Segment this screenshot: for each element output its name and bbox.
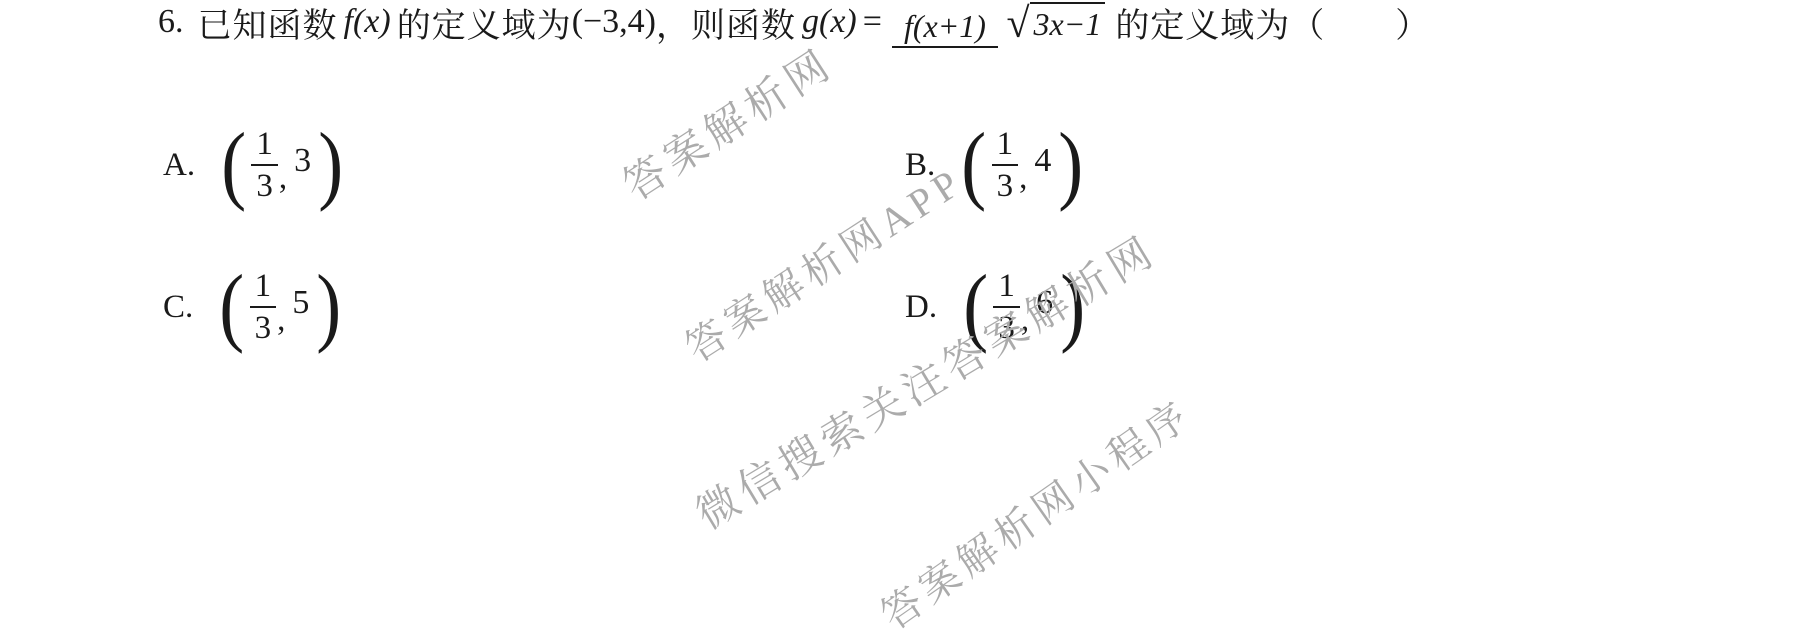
option-a-upper-bound: 3: [294, 142, 311, 180]
option-b-label: B.: [905, 147, 935, 184]
interval-comma: ,: [277, 302, 285, 339]
fraction-numerator: 1: [992, 126, 1019, 166]
g-of-x: g(x): [802, 3, 857, 41]
option-b-fraction: 1 3: [992, 126, 1019, 204]
right-paren: ): [1060, 257, 1085, 357]
fraction-numerator: f(x+1): [892, 8, 998, 48]
option-c-fraction: 1 3: [250, 268, 277, 346]
option-d-fraction: 1 3: [993, 268, 1020, 346]
f-of-x: f(x): [344, 3, 391, 41]
question-number: 6.: [158, 3, 184, 41]
right-paren: ): [317, 257, 342, 357]
equals-sign: =: [863, 3, 882, 41]
left-paren: (: [961, 115, 986, 215]
option-a: A. ( 1 3 , 3 ): [163, 114, 345, 216]
interval-comma: ,: [279, 160, 287, 197]
option-d: D. ( 1 3 , 6 ): [905, 256, 1087, 358]
question-mid-text2: ，则函数: [656, 0, 796, 47]
option-a-interval: ( 1 3 , 3 ): [219, 114, 345, 216]
fraction-denominator: 3: [256, 166, 273, 204]
question-mid-text1: 的定义域为: [397, 0, 572, 47]
fraction-numerator: 1: [251, 126, 278, 166]
g-fraction: f(x+1) √ 3x−1: [892, 0, 1105, 46]
domain-interval: (−3,4): [572, 3, 656, 41]
left-paren: (: [963, 257, 988, 357]
fraction-denominator: 3: [997, 166, 1014, 204]
option-b: B. ( 1 3 , 4 ): [905, 114, 1086, 216]
right-paren: ): [1059, 115, 1084, 215]
right-paren: ): [318, 115, 343, 215]
option-a-label: A.: [163, 147, 195, 184]
question-pre-text: 已知函数: [198, 0, 338, 47]
option-c-label: C.: [163, 289, 193, 326]
fraction-numerator: 1: [250, 268, 277, 308]
option-c: C. ( 1 3 , 5 ): [163, 256, 344, 358]
fraction-denominator: √ 3x−1: [1006, 0, 1105, 46]
option-c-upper-bound: 5: [292, 284, 309, 322]
interval-comma: ,: [1021, 302, 1029, 339]
option-d-interval: ( 1 3 , 6 ): [961, 256, 1087, 358]
fraction-denominator: 3: [998, 308, 1015, 346]
left-paren: (: [221, 115, 246, 215]
question-line: 6. 已知函数 f(x) 的定义域为 (−3,4) ，则函数 g(x) = f(…: [158, 0, 1430, 44]
option-b-interval: ( 1 3 , 4 ): [959, 114, 1085, 216]
option-c-interval: ( 1 3 , 5 ): [217, 256, 343, 358]
watermark-site-name: 答案解析网: [610, 31, 844, 212]
option-b-upper-bound: 4: [1034, 142, 1051, 180]
watermark-mini-program: 答案解析网小程序: [868, 383, 1202, 641]
option-d-upper-bound: 6: [1036, 284, 1053, 322]
fraction-denominator: 3: [255, 308, 272, 346]
question-post-text: 的定义域为（ ）: [1115, 0, 1430, 47]
sqrt-radical-icon: √: [1006, 2, 1029, 46]
left-paren: (: [219, 257, 244, 357]
sqrt-radicand: 3x−1: [1030, 2, 1106, 44]
fraction-numerator: 1: [993, 268, 1020, 308]
interval-comma: ,: [1019, 160, 1027, 197]
option-a-fraction: 1 3: [251, 126, 278, 204]
option-d-label: D.: [905, 289, 937, 326]
